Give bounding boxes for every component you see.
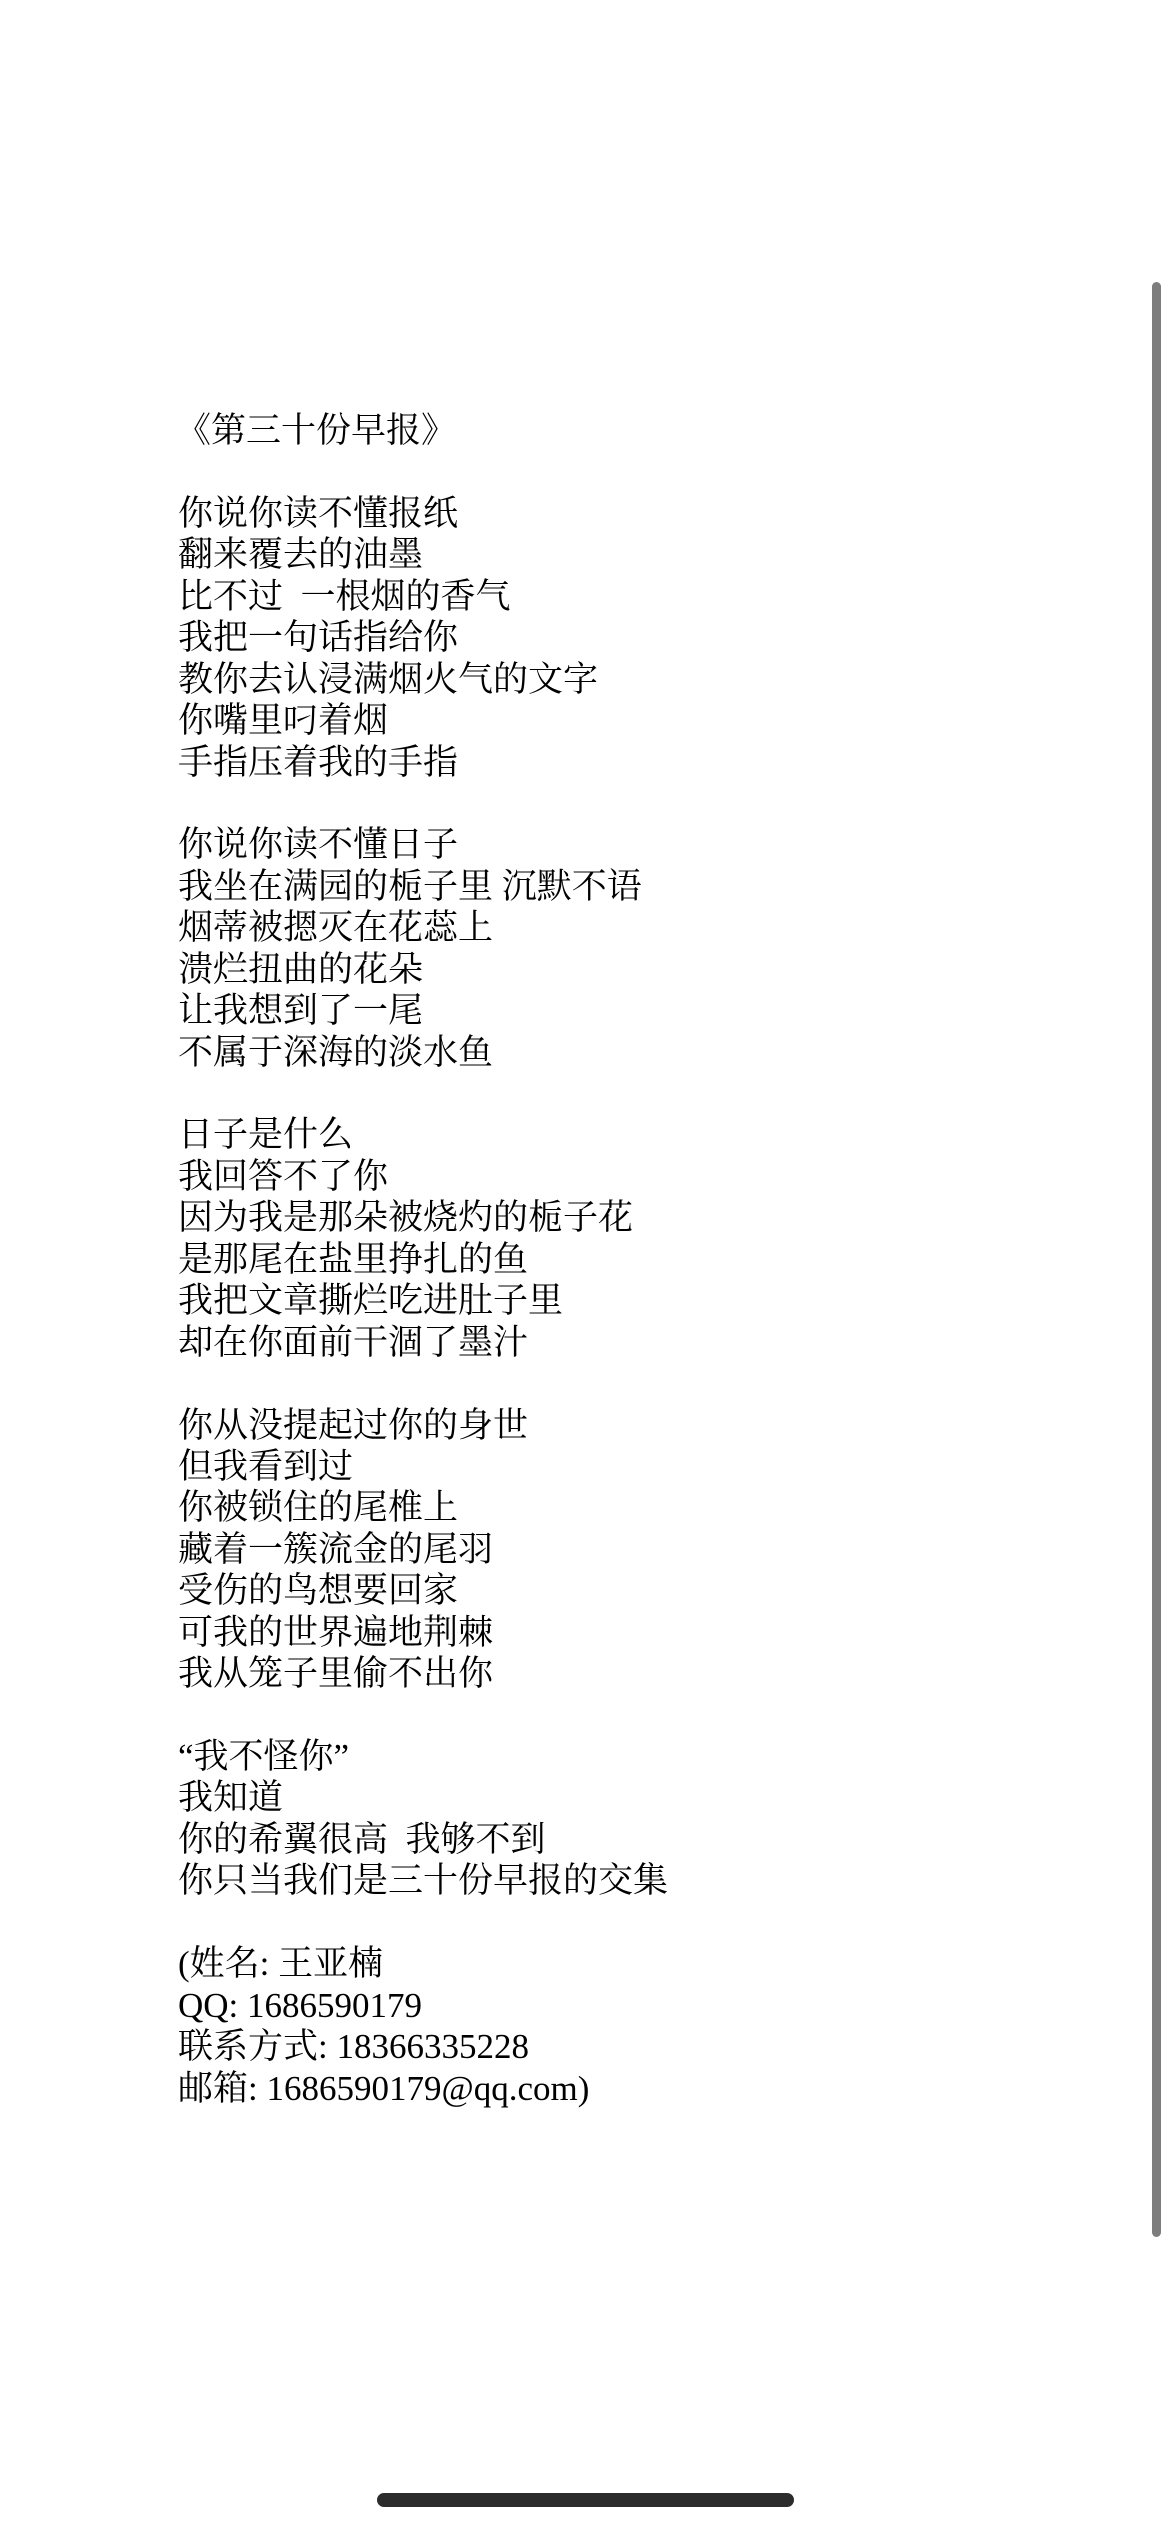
vertical-scrollbar[interactable]	[1152, 282, 1161, 2237]
blank-line	[178, 451, 1078, 492]
poem-line: 我知道	[178, 1777, 1078, 1818]
poem-line: 藏着一簇流金的尾羽	[178, 1529, 1078, 1570]
poem-line: 日子是什么	[178, 1114, 1078, 1155]
poem-line: 溃烂扭曲的花朵	[178, 949, 1078, 990]
poem-line: 你说你读不懂报纸	[178, 493, 1078, 534]
poem-line: 手指压着我的手指	[178, 742, 1078, 783]
poem-line: 我坐在满园的栀子里 沉默不语	[178, 866, 1078, 907]
blank-line	[178, 1695, 1078, 1736]
document-title: 《第三十份早报》	[176, 410, 1078, 451]
poem-line: 不属于深海的淡水鱼	[178, 1032, 1078, 1073]
contact-name: (姓名: 王亚楠	[178, 1943, 1078, 1984]
poem-line: 却在你面前干涸了墨汁	[178, 1322, 1078, 1363]
poem-line: 是那尾在盐里挣扎的鱼	[178, 1239, 1078, 1280]
poem-line: 烟蒂被摁灭在花蕊上	[178, 907, 1078, 948]
blank-line	[178, 1073, 1078, 1114]
blank-line	[178, 783, 1078, 824]
poem-line: 你嘴里叼着烟	[178, 700, 1078, 741]
poem-line: 让我想到了一尾	[178, 990, 1078, 1031]
poem-line: 教你去认浸满烟火气的文字	[178, 659, 1078, 700]
poem-line: 翻来覆去的油墨	[178, 534, 1078, 575]
poem-line: 比不过 一根烟的香气	[178, 576, 1078, 617]
blank-line	[178, 1363, 1078, 1404]
poem-line: 我回答不了你	[178, 1156, 1078, 1197]
poem-line: 我从笼子里偷不出你	[178, 1653, 1078, 1694]
contact-phone: 联系方式: 18366335228	[178, 2026, 1078, 2067]
poem-line: 你说你读不懂日子	[178, 824, 1078, 865]
poem-line: 你的希翼很高 我够不到	[178, 1819, 1078, 1860]
poem-line: 你被锁住的尾椎上	[178, 1487, 1078, 1528]
poem-line: 受伤的鸟想要回家	[178, 1570, 1078, 1611]
poem-line: 因为我是那朵被烧灼的栀子花	[178, 1197, 1078, 1238]
poem-line: 你只当我们是三十份早报的交集	[178, 1860, 1078, 1901]
contact-qq: QQ: 1686590179	[178, 1985, 1078, 2026]
blank-line	[178, 1902, 1078, 1943]
poem-line: 我把一句话指给你	[178, 617, 1078, 658]
poem-line: 可我的世界遍地荆棘	[178, 1612, 1078, 1653]
poem-line: 但我看到过	[178, 1446, 1078, 1487]
poem-line: 你从没提起过你的身世	[178, 1405, 1078, 1446]
home-indicator[interactable]	[377, 2493, 794, 2507]
contact-email[interactable]: 邮箱: 1686590179@qq.com)	[178, 2068, 1078, 2109]
poem-line: 我把文章撕烂吃进肚子里	[178, 1280, 1078, 1321]
document-body: 《第三十份早报》 你说你读不懂报纸 翻来覆去的油墨 比不过 一根烟的香气 我把一…	[178, 410, 1078, 2109]
poem-line: “我不怪你”	[178, 1736, 1078, 1777]
